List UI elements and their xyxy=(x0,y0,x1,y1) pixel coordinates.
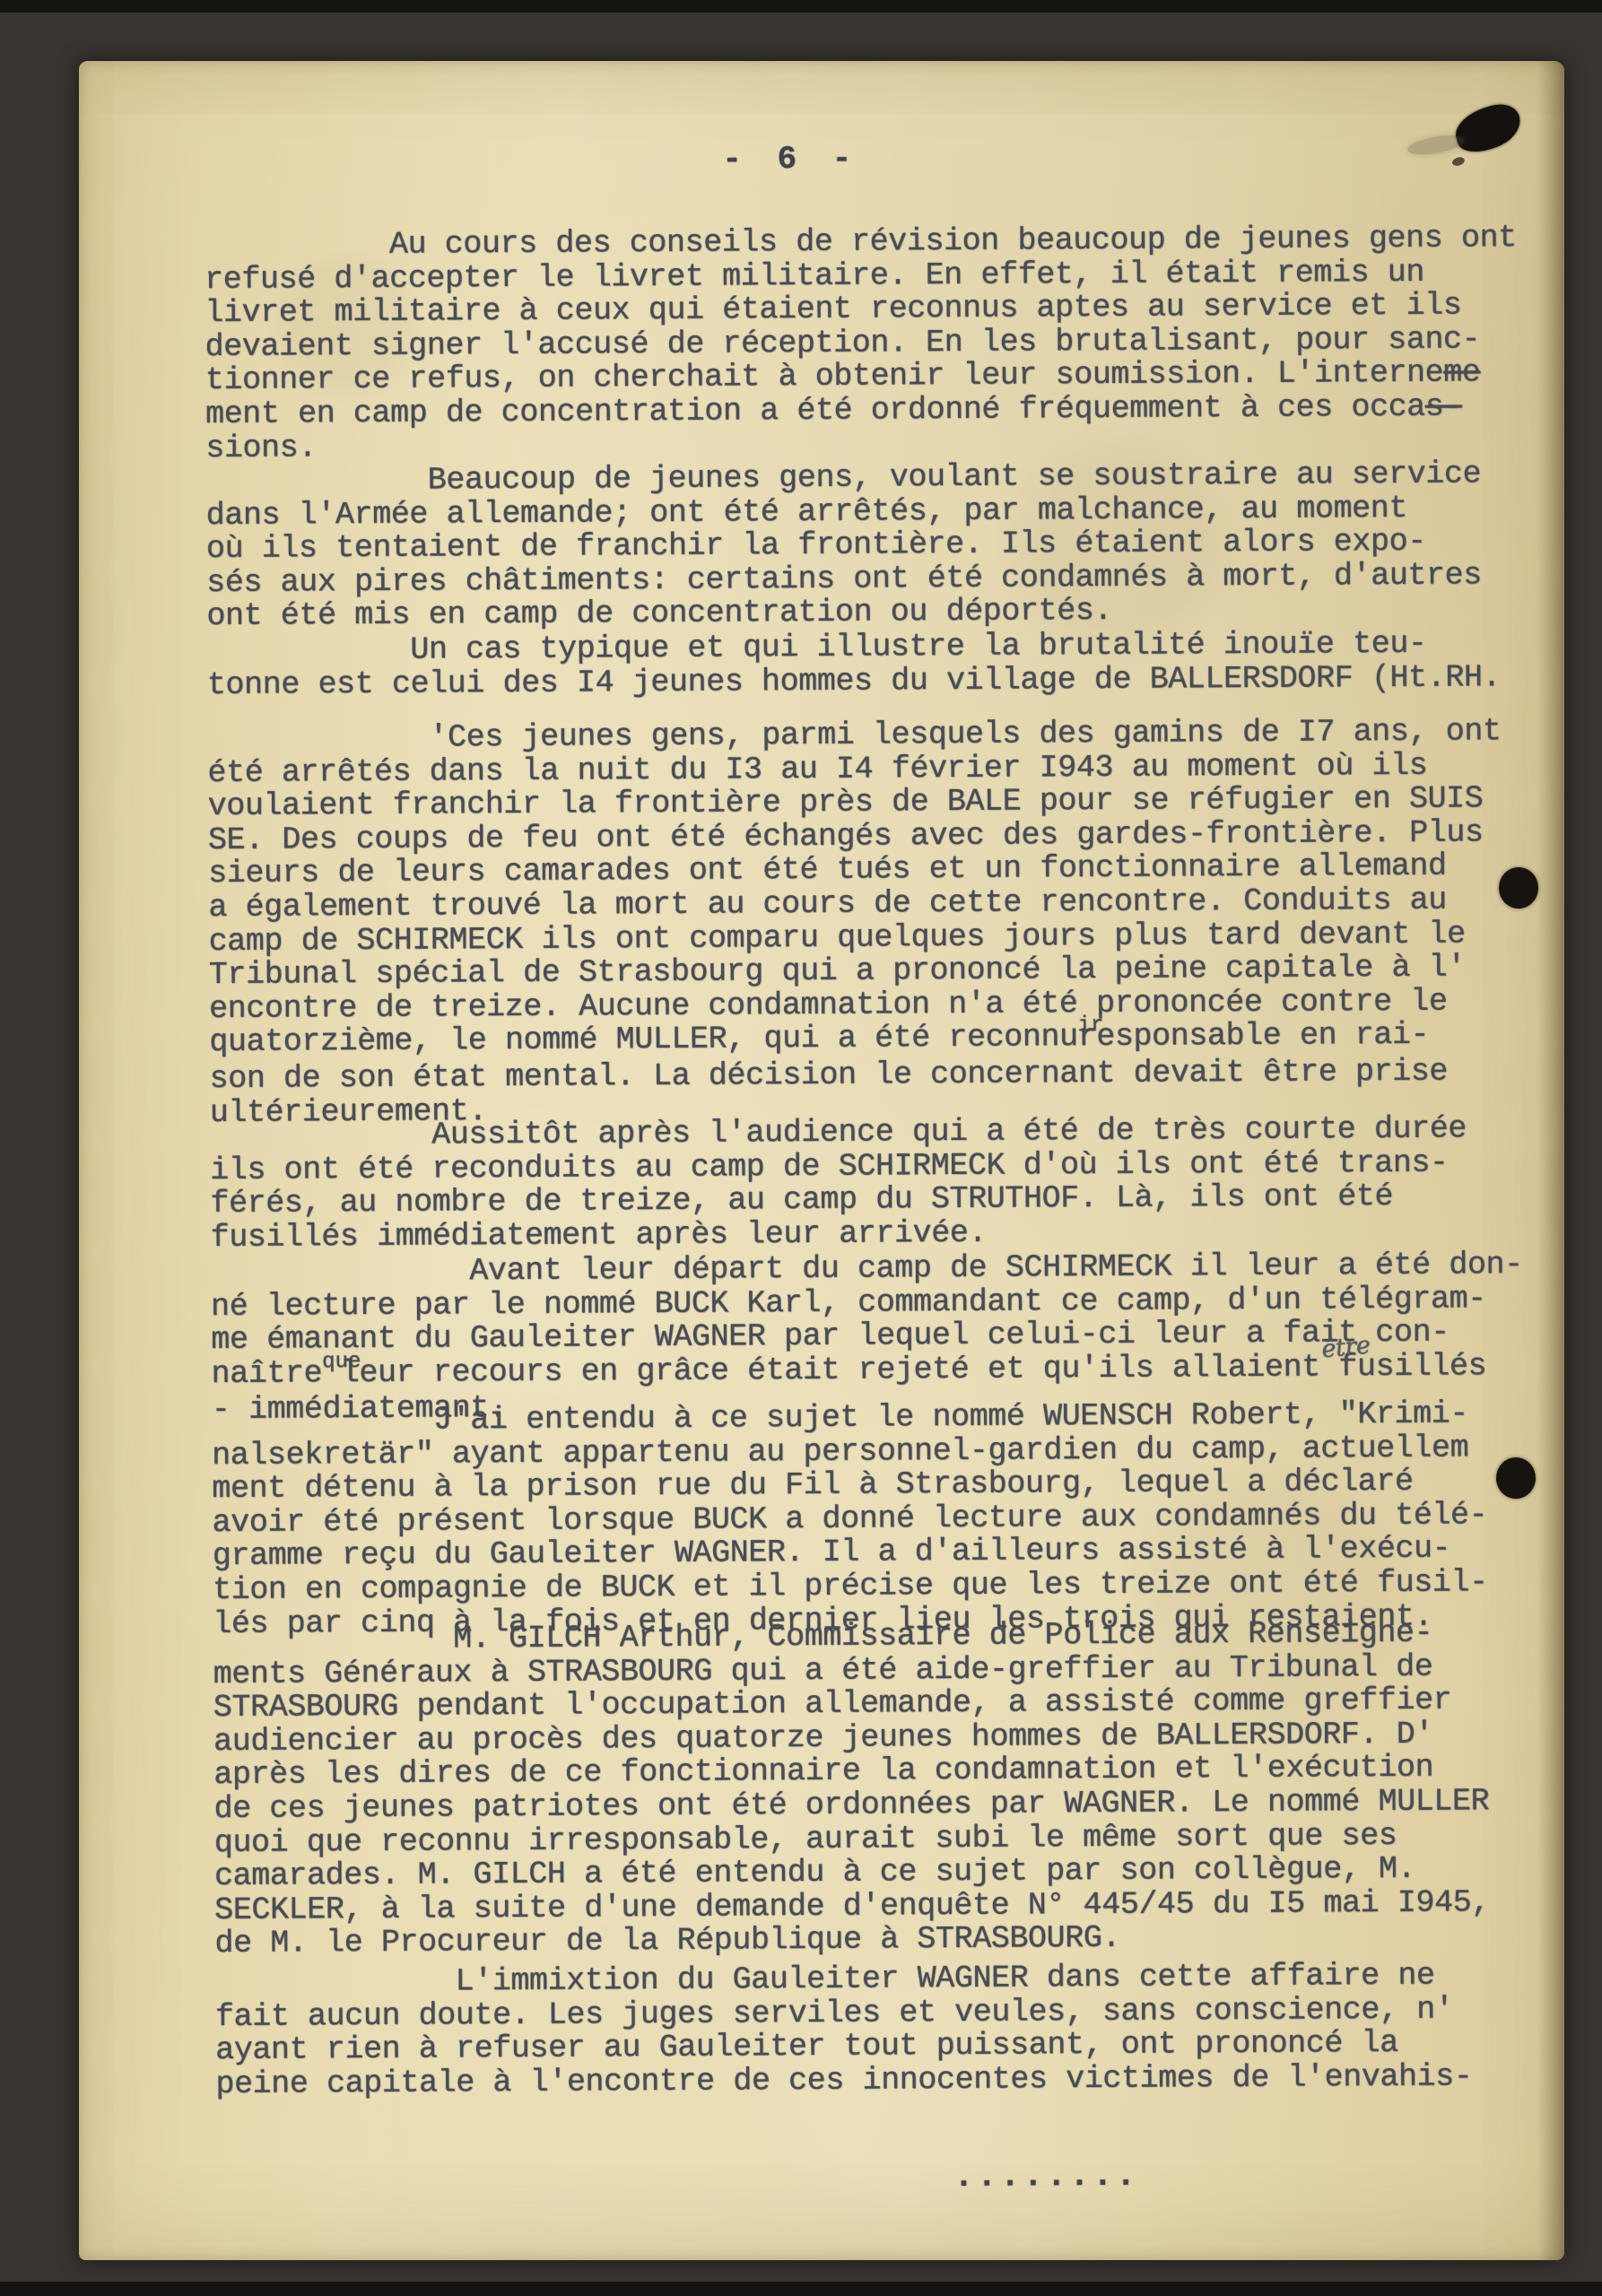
text-line: tonne est celui des I4 jeunes hommes du … xyxy=(207,661,1501,702)
paragraph: Au cours des conseils de révision beauco… xyxy=(205,222,1518,465)
text-segment: responsable en rai- xyxy=(1078,1017,1430,1055)
end-of-section-dots: ........ xyxy=(953,2157,1139,2196)
paragraph: L'immixtion du Gauleiter WAGNER dans cet… xyxy=(215,1959,1473,2101)
struck-text: me xyxy=(1443,355,1480,391)
text-segment: ment en camp de concentration a été ordo… xyxy=(205,389,1425,432)
text-segment: naître xyxy=(211,1355,322,1392)
text-line: de M. le Procureur de la République à ST… xyxy=(214,1920,1490,1961)
paragraph: 'Ces jeunes gens, parmi lesquels des gam… xyxy=(207,715,1503,1130)
page-number: - 6 - xyxy=(722,141,859,178)
scanned-document-screenshot: { "page": { "number_label": "- 6 -", "en… xyxy=(0,0,1602,2296)
punch-hole-icon xyxy=(1496,1457,1536,1499)
typed-text-layer: - 6 - Au cours des conseils de révision … xyxy=(0,0,1602,2296)
punch-hole-icon xyxy=(1499,867,1538,909)
text-line: peine capitale à l'encontre de ces innoc… xyxy=(215,2060,1472,2101)
paragraph: Aussitôt après l'audience qui a été de t… xyxy=(210,1112,1467,1255)
text-segment: leur recours en grâce était rejeté et qu… xyxy=(322,1349,1320,1391)
text-segment: quatorzième, le nommé MULLER, qui a été … xyxy=(209,1019,1078,1060)
paragraph: Beaucoup de jeunes gens, voulant se sous… xyxy=(205,457,1482,634)
paragraph: M. GILCH Arthur, Commissaire de Police a… xyxy=(213,1616,1490,1961)
struck-text: s- xyxy=(1425,388,1462,424)
paragraph: J'ai entendu à ce sujet le nommé WUENSCH… xyxy=(212,1397,1488,1641)
paragraph: Un cas typique et qui illustre la brutal… xyxy=(207,627,1502,702)
